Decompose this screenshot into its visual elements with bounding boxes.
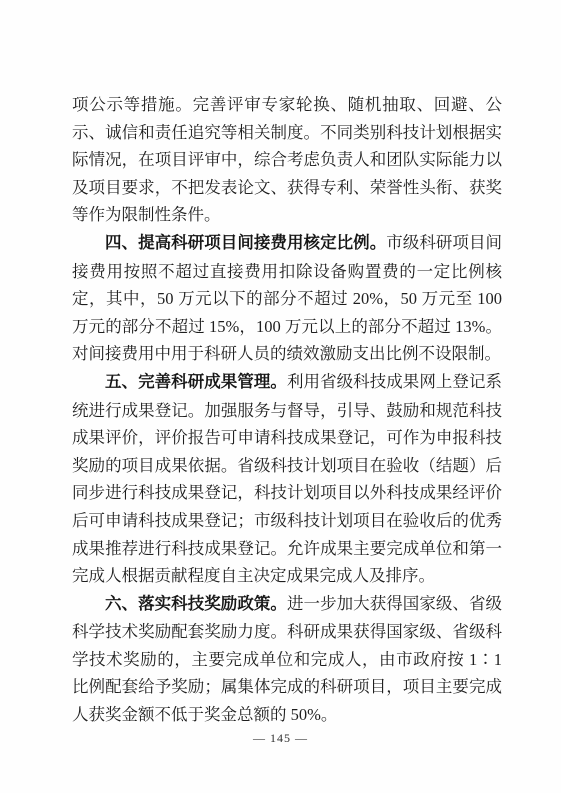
paragraph-section-5: 五、完善科研成果管理。利用省级科技成果网上登记系统进行成果登记。加强服务与督导，… [72,368,502,590]
paragraph-continuation: 项公示等措施。完善评审专家轮换、随机抽取、回避、公示、诚信和责任追究等相关制度。… [72,91,502,229]
paragraph-text: 项公示等措施。完善评审专家轮换、随机抽取、回避、公示、诚信和责任追究等相关制度。… [72,95,502,224]
paragraph-text: 进一步加大获得国家级、省级科学技术奖励配套奖励力度。科研成果获得国家级、省级科学… [72,594,502,724]
section-heading-5: 五、完善科研成果管理。 [105,373,287,391]
page-number: — 145 — [253,731,308,745]
page-footer: — 145 — [0,731,561,746]
section-heading-6: 六、落实科技奖励政策。 [105,595,287,613]
paragraph-text: 利用省级科技成果网上登记系统进行成果登记。加强服务与督导，引导、鼓励和规范科技成… [72,372,502,585]
paragraph-section-4: 四、提高科研项目间接费用核定比例。市级科研项目间接费用按照不超过直接费用扣除设备… [72,229,502,368]
paragraph-section-6: 六、落实科技奖励政策。进一步加大获得国家级、省级科学技术奖励配套奖励力度。科研成… [72,590,502,729]
document-page: 项公示等措施。完善评审专家轮换、随机抽取、回避、公示、诚信和责任追究等相关制度。… [0,0,561,793]
section-heading-4: 四、提高科研项目间接费用核定比例。 [105,234,386,252]
document-body: 项公示等措施。完善评审专家轮换、随机抽取、回避、公示、诚信和责任追究等相关制度。… [72,91,502,729]
paragraph-text: 市级科研项目间接费用按照不超过直接费用扣除设备购置费的一定比例核定，其中，50 … [72,233,502,363]
